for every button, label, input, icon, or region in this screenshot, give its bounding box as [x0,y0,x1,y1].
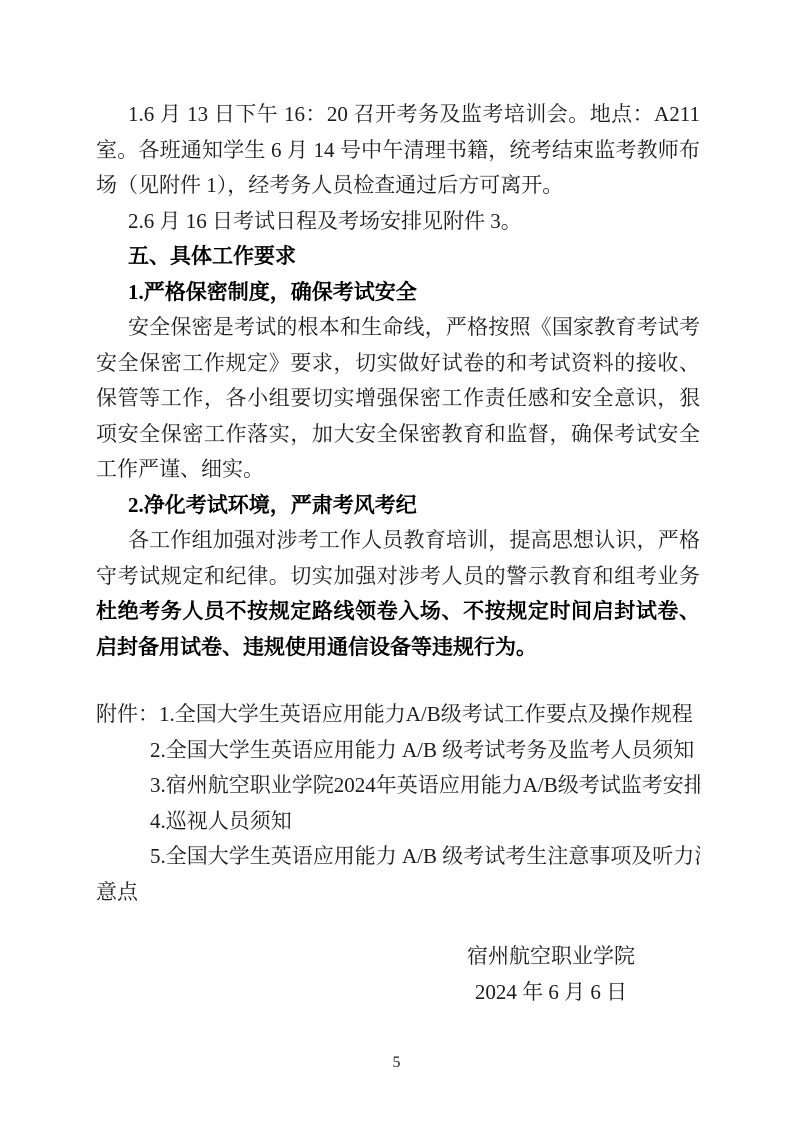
signature-date: 2024 年 6 月 6 日 [431,975,671,1011]
para-discipline-bold-line2: 启封备用试卷、违规使用通信设备等违规行为。 [96,630,700,666]
spacer [96,665,700,697]
attachment-item4: 4.巡视人员须知 [96,804,700,840]
attachment-item5-line1: 5.全国大学生英语应用能力 A/B 级考试考生注意事项及听力注 [96,839,700,875]
attachment-item3: 3.宿州航空职业学院2024年英语应用能力A/B级考试监考安排 [96,768,700,804]
heading-discipline: 2.净化考试环境，严肃考风考纪 [96,488,700,524]
signature-org: 宿州航空职业学院 [431,939,671,975]
page-number: 5 [0,1054,793,1072]
attachment-item5-line2: 意点 [96,875,700,911]
para-security-line4: 项安全保密工作落实，加大安全保密教育和监督，确保考试安全保密 [96,417,700,453]
para-security-line5: 工作严谨、细实。 [96,452,700,488]
heading-security: 1.严格保密制度，确保考试安全 [96,275,700,311]
heading-section5: 五、具体工作要求 [96,239,700,275]
para-discipline-bold-line1: 杜绝考务人员不按规定路线领卷入场、不按规定时间启封试卷、随意 [96,594,700,630]
attachments-label-line: 附件：1.全国大学生英语应用能力A/B级考试工作要点及操作规程 [96,697,700,733]
attachment-item2: 2.全国大学生英语应用能力 A/B 级考试考务及监考人员须知 [96,733,700,769]
document-page: { "notice": { "item1": { "l1": "1.6 月 13… [0,0,793,1122]
para-security-line2: 安全保密工作规定》要求，切实做好试卷的和考试资料的接收、分发、 [96,346,700,382]
para-security-line1: 安全保密是考试的根本和生命线，严格按照《国家教育考试考务 [96,310,700,346]
para-security-line3: 保管等工作，各小组要切实增强保密工作责任感和安全意识，狠抓各 [96,381,700,417]
spacer [96,910,700,939]
para-discipline-line1: 各工作组加强对涉考工作人员教育培训，提高思想认识，严格遵 [96,523,700,559]
para-discipline-line2: 守考试规定和纪律。切实加强对涉考人员的警示教育和组考业务培训， [96,559,700,595]
para-exam-schedule: 2.6 月 16 日考试日程及考场安排见附件 3。 [96,204,700,240]
para-training-meeting-line3: 场（见附件 1），经考务人员检查通过后方可离开。 [96,168,700,204]
document-body: 1.6 月 13 日下午 16：20 召开考务及监考培训会。地点：A211 教 … [96,97,700,1010]
para-training-meeting-line2: 室。各班通知学生 6 月 14 号中午清理书籍，统考结束监考教师布置考 [96,133,700,169]
signature-block: 宿州航空职业学院 2024 年 6 月 6 日 [431,939,671,1010]
para-training-meeting-line1: 1.6 月 13 日下午 16：20 召开考务及监考培训会。地点：A211 教 [96,97,700,133]
